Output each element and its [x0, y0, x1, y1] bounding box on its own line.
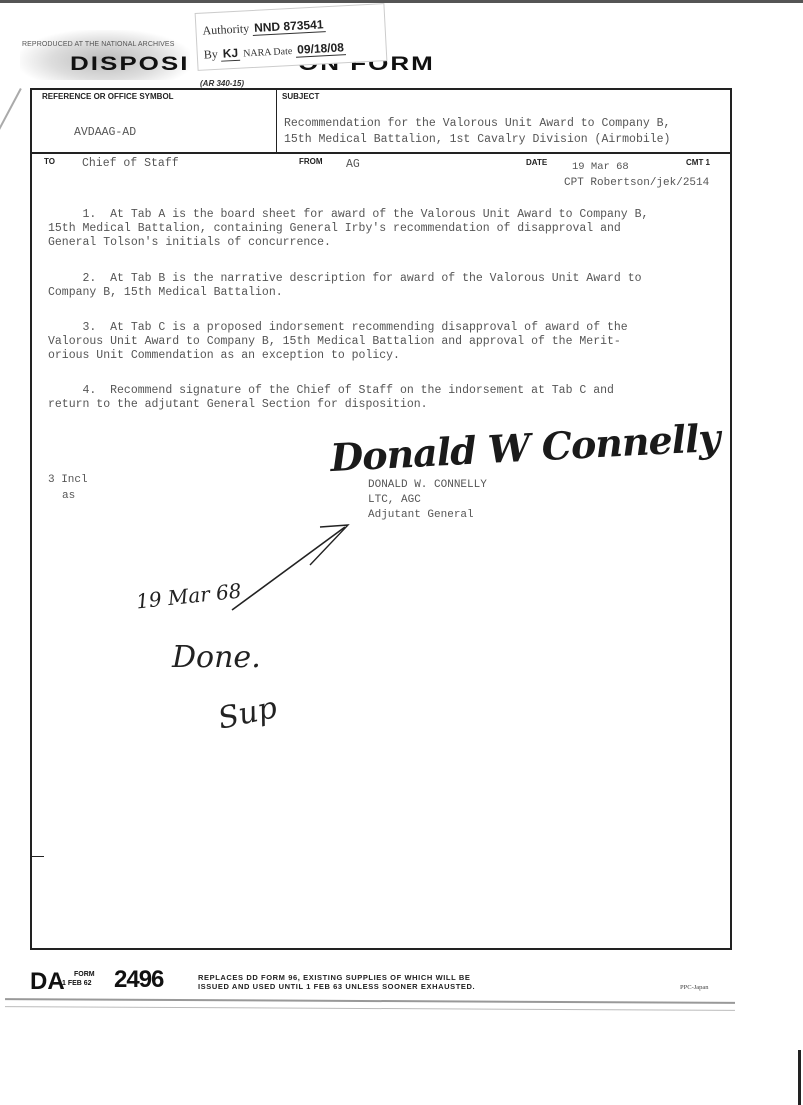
stamp-authority-value: NND 873541 [252, 17, 326, 36]
to-label: TO [44, 157, 55, 166]
handwritten-done-note: Done. [172, 640, 261, 675]
subject-line-2: 15th Medical Battalion, 1st Cavalry Divi… [284, 133, 670, 146]
paragraph-3: 3. At Tab C is a proposed indorsement re… [48, 321, 728, 363]
stamp-authority-line: Authority NND 873541 [202, 17, 326, 38]
reference-value: AVDAAG-AD [74, 126, 136, 139]
paragraph-1: 1. At Tab A is the board sheet for award… [48, 208, 728, 250]
signer-title: Adjutant General [368, 508, 487, 523]
paragraph-4: 4. Recommend signature of the Chief of S… [48, 384, 728, 412]
header-divider [30, 152, 732, 154]
footer-replaces-note: REPLACES DD FORM 96, EXISTING SUPPLIES O… [198, 973, 475, 991]
date-value: 19 Mar 68 [572, 161, 629, 173]
footer-form-label-block: FORM 1 FEB 62 [62, 970, 95, 988]
reference-label: REFERENCE OR OFFICE SYMBOL [42, 92, 174, 101]
regulation-reference: (AR 340-15) [200, 79, 244, 88]
paragraph-2: 2. At Tab B is the narrative description… [48, 272, 728, 300]
from-value: AG [346, 158, 360, 171]
from-label: FROM [299, 157, 323, 166]
scan-page-edge [5, 998, 735, 1011]
signature-block: DONALD W. CONNELLY LTC, AGC Adjutant Gen… [368, 478, 487, 523]
subject-divider [276, 88, 277, 152]
stamp-by-line: By KJ NARA Date 09/18/08 [203, 40, 346, 62]
prepared-by: CPT Robertson/jek/2514 [564, 177, 709, 189]
archives-reproduced-text: Reproduced at the National Archives [22, 41, 174, 48]
footer-agency: DA [30, 968, 65, 996]
footer-replaces-line-2: ISSUED AND USED UNTIL 1 FEB 63 UNLESS SO… [198, 982, 475, 991]
footer-form-date: 1 FEB 62 [62, 979, 95, 988]
footer-printer: PPC-Japan [680, 984, 709, 991]
stamp-date-value: 09/18/08 [295, 40, 346, 58]
stamp-by-value: KJ [220, 46, 240, 62]
enclosure-count: 3 Incl [48, 474, 88, 486]
footer-form-label: FORM [62, 970, 95, 979]
stamp-nara-date-label: NARA Date [243, 46, 293, 60]
stamp-authority-label: Authority [202, 21, 249, 37]
cmt-label: CMT 1 [686, 158, 710, 167]
subject-line-1: Recommendation for the Valorous Unit Awa… [284, 117, 670, 130]
date-label: DATE [526, 158, 547, 167]
nara-declassification-stamp: Authority NND 873541 By KJ NARA Date 09/… [195, 3, 388, 71]
form-title-left: DISPOSI [70, 52, 189, 75]
enclosure-note: as [62, 490, 75, 502]
fold-mark [0, 88, 22, 177]
to-value: Chief of Staff [82, 157, 179, 170]
scan-top-edge [0, 0, 803, 3]
signer-rank: LTC, AGC [368, 493, 487, 508]
stamp-by-label: By [203, 47, 218, 62]
subject-label: SUBJECT [282, 92, 319, 101]
scan-right-edge [798, 1050, 801, 1105]
footer-form-number: 2496 [114, 966, 163, 994]
signer-name: DONALD W. CONNELLY [368, 478, 487, 493]
footer-replaces-line-1: REPLACES DD FORM 96, EXISTING SUPPLIES O… [198, 973, 475, 982]
margin-tick [30, 856, 44, 857]
